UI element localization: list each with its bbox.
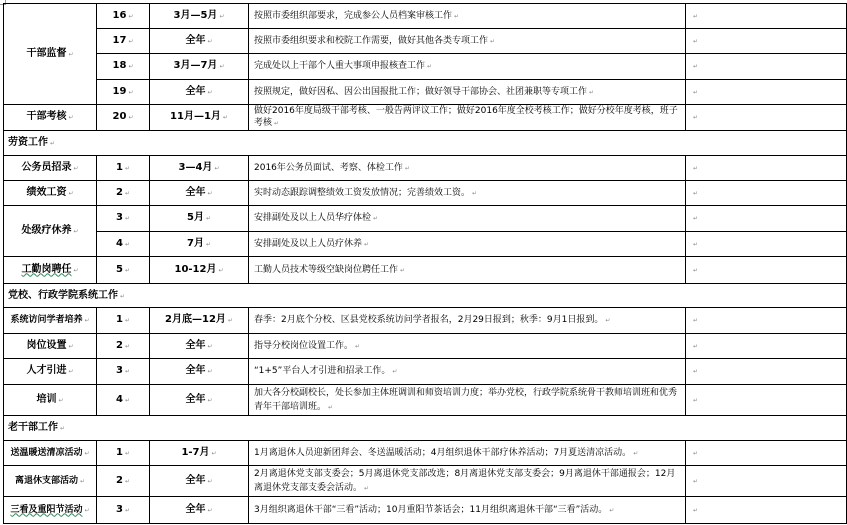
- time-cell: 3月—7月↵: [150, 54, 249, 80]
- table-row: 离退休支部活动↵ 2↵ 全年↵ 2月离退休党支部支委会；5月离退休党支部改选；8…: [4, 466, 847, 497]
- item-number: 1↵: [97, 308, 150, 334]
- note-cell[interactable]: ↵: [686, 334, 847, 359]
- description-cell: 完成处以上干部个人重大事项申报核查工作↵: [249, 54, 686, 80]
- category-cell: 培训↵: [4, 385, 97, 416]
- item-number: 19↵: [97, 80, 150, 105]
- table-row: 干部监督↵ 16↵ 3月—5月↵ 按照市委组织部要求，完成参公人员档案审核工作↵…: [4, 4, 847, 29]
- table-row: 干部考核↵ 20↵ 11月—1月↵ 做好2016年度局级干部考核、一般告两评议工…: [4, 105, 847, 131]
- table-row: 公务员招录↵ 1↵ 3—4月↵ 2016年公务员面试、考察、体检工作↵ ↵: [4, 156, 847, 181]
- time-cell: 全年↵: [150, 29, 249, 54]
- description-cell: “1+5”平台人才引进和招录工作。↵: [249, 359, 686, 385]
- category-cell: 干部监督↵: [4, 4, 97, 105]
- work-plan-table: 干部监督↵ 16↵ 3月—5月↵ 按照市委组织部要求，完成参公人员档案审核工作↵…: [3, 3, 847, 524]
- time-cell: 3月—5月↵: [150, 4, 249, 29]
- item-number: 4↵: [97, 232, 150, 257]
- note-cell[interactable]: ↵: [686, 308, 847, 334]
- item-number: 3↵: [97, 359, 150, 385]
- description-cell: 加大各分校副校长，处长参加主体班调训和师资培训力度；举办党校，行政学院系统骨干教…: [249, 385, 686, 416]
- description-cell: 指导分校岗位设置工作。↵: [249, 334, 686, 359]
- table-row: 培训↵ 4↵ 全年↵ 加大各分校副校长，处长参加主体班调训和师资培训力度；举办党…: [4, 385, 847, 416]
- category-cell: 人才引进↵: [4, 359, 97, 385]
- description-cell: 2月离退休党支部支委会；5月离退休党支部改选；8月离退休党支部支委会；9月离退休…: [249, 466, 686, 497]
- table-row: 4↵ 7月↵ 安排副处及以上人员疗休养↵ ↵: [4, 232, 847, 257]
- time-cell: 3—4月↵: [150, 156, 249, 181]
- description-cell: 按照市委组织部要求，完成参公人员档案审核工作↵: [249, 4, 686, 29]
- note-cell[interactable]: ↵: [686, 232, 847, 257]
- section-header-row: 党校、行政学院系统工作↵: [4, 284, 847, 308]
- time-cell: 1-7月↵: [150, 441, 249, 466]
- item-number: 2↵: [97, 181, 150, 206]
- section-title: 老干部工作↵: [4, 416, 847, 441]
- time-cell: 7月↵: [150, 232, 249, 257]
- description-cell: 3月组织离退休干部“三看”活动；10月重阳节茶话会；11月组织离退休干部“三看”…: [249, 497, 686, 524]
- table-row: 系统访问学者培养↵ 1↵ 2月底—12月↵ 春季：2月底个分校、区县党校系统访问…: [4, 308, 847, 334]
- time-cell: 5月↵: [150, 206, 249, 232]
- time-cell: 10-12月↵: [150, 257, 249, 284]
- category-cell: 离退休支部活动↵: [4, 466, 97, 497]
- item-number: 5↵: [97, 257, 150, 284]
- note-cell[interactable]: ↵: [686, 54, 847, 80]
- time-cell: 全年↵: [150, 466, 249, 497]
- note-cell[interactable]: ↵: [686, 441, 847, 466]
- time-cell: 11月—1月↵: [150, 105, 249, 131]
- table-row: 岗位设置↵ 2↵ 全年↵ 指导分校岗位设置工作。↵ ↵: [4, 334, 847, 359]
- note-cell[interactable]: ↵: [686, 206, 847, 232]
- description-cell: 工勤人员技术等级空缺岗位聘任工作↵: [249, 257, 686, 284]
- category-cell: 工勤岗聘任↵: [4, 257, 97, 284]
- time-cell: 全年↵: [150, 497, 249, 524]
- time-cell: 2月底—12月↵: [150, 308, 249, 334]
- item-number: 20↵: [97, 105, 150, 131]
- item-number: 17↵: [97, 29, 150, 54]
- category-cell: 干部考核↵: [4, 105, 97, 131]
- category-cell: 送温暖送清凉活动↵: [4, 441, 97, 466]
- time-cell: 全年↵: [150, 359, 249, 385]
- category-cell: 岗位设置↵: [4, 334, 97, 359]
- section-title: 党校、行政学院系统工作↵: [4, 284, 847, 308]
- description-cell: 按照规定，做好因私、因公出国报批工作；做好领导干部协会、社团兼职等专项工作↵: [249, 80, 686, 105]
- time-cell: 全年↵: [150, 385, 249, 416]
- time-cell: 全年↵: [150, 80, 249, 105]
- table-row: 送温暖送清凉活动↵ 1↵ 1-7月↵ 1月离退休人员迎新团拜会、冬送温暖活动；4…: [4, 441, 847, 466]
- description-cell: 1月离退休人员迎新团拜会、冬送温暖活动；4月组织退休干部疗休养活动；7月夏送清凉…: [249, 441, 686, 466]
- description-cell: 2016年公务员面试、考察、体检工作↵: [249, 156, 686, 181]
- description-cell: 实时动态跟踪调整绩效工资发放情况；完善绩效工资。↵: [249, 181, 686, 206]
- item-number: 2↵: [97, 334, 150, 359]
- section-header-row: 老干部工作↵: [4, 416, 847, 441]
- category-cell: 系统访问学者培养↵: [4, 308, 97, 334]
- time-cell: 全年↵: [150, 181, 249, 206]
- note-cell[interactable]: ↵: [686, 359, 847, 385]
- time-cell: 全年↵: [150, 334, 249, 359]
- note-cell[interactable]: ↵: [686, 466, 847, 497]
- note-cell[interactable]: ↵: [686, 497, 847, 524]
- note-cell[interactable]: ↵: [686, 4, 847, 29]
- table-row: 19↵ 全年↵ 按照规定，做好因私、因公出国报批工作；做好领导干部协会、社团兼职…: [4, 80, 847, 105]
- item-number: 16↵: [97, 4, 150, 29]
- item-number: 3↵: [97, 206, 150, 232]
- item-number: 18↵: [97, 54, 150, 80]
- note-cell[interactable]: ↵: [686, 385, 847, 416]
- table-row: 18↵ 3月—7月↵ 完成处以上干部个人重大事项申报核查工作↵ ↵: [4, 54, 847, 80]
- note-cell[interactable]: ↵: [686, 105, 847, 131]
- item-number: 2↵: [97, 466, 150, 497]
- category-cell: 绩效工资↵: [4, 181, 97, 206]
- item-number: 4↵: [97, 385, 150, 416]
- note-cell[interactable]: ↵: [686, 80, 847, 105]
- note-cell[interactable]: ↵: [686, 156, 847, 181]
- section-header-row: 劳资工作↵: [4, 131, 847, 156]
- table-row: 工勤岗聘任↵ 5↵ 10-12月↵ 工勤人员技术等级空缺岗位聘任工作↵ ↵: [4, 257, 847, 284]
- description-cell: 安排副处及以上人员华疗体检↵: [249, 206, 686, 232]
- table-row: 绩效工资↵ 2↵ 全年↵ 实时动态跟踪调整绩效工资发放情况；完善绩效工资。↵ ↵: [4, 181, 847, 206]
- item-number: 1↵: [97, 156, 150, 181]
- description-cell: 按照市委组织要求和校院工作需要，做好其他各类专项工作↵: [249, 29, 686, 54]
- description-cell: 做好2016年度局级干部考核、一般告两评议工作；做好2016年度全校考核工作；做…: [249, 105, 686, 131]
- description-cell: 春季：2月底个分校、区县党校系统访问学者报名，2月29日报到；秋季：9月1日报到…: [249, 308, 686, 334]
- category-cell: 公务员招录↵: [4, 156, 97, 181]
- description-cell: 安排副处及以上人员疗休养↵: [249, 232, 686, 257]
- category-cell: 三看及重阳节活动↵: [4, 497, 97, 524]
- section-title: 劳资工作↵: [4, 131, 847, 156]
- table-row: 人才引进↵ 3↵ 全年↵ “1+5”平台人才引进和招录工作。↵ ↵: [4, 359, 847, 385]
- note-cell[interactable]: ↵: [686, 257, 847, 284]
- note-cell[interactable]: ↵: [686, 29, 847, 54]
- table-row: 处级疗休养↵ 3↵ 5月↵ 安排副处及以上人员华疗体检↵ ↵: [4, 206, 847, 232]
- item-number: 1↵: [97, 441, 150, 466]
- category-cell: 处级疗休养↵: [4, 206, 97, 257]
- item-number: 3↵: [97, 497, 150, 524]
- table-row: 三看及重阳节活动↵ 3↵ 全年↵ 3月组织离退休干部“三看”活动；10月重阳节茶…: [4, 497, 847, 524]
- table-row: 17↵ 全年↵ 按照市委组织要求和校院工作需要，做好其他各类专项工作↵ ↵: [4, 29, 847, 54]
- note-cell[interactable]: ↵: [686, 181, 847, 206]
